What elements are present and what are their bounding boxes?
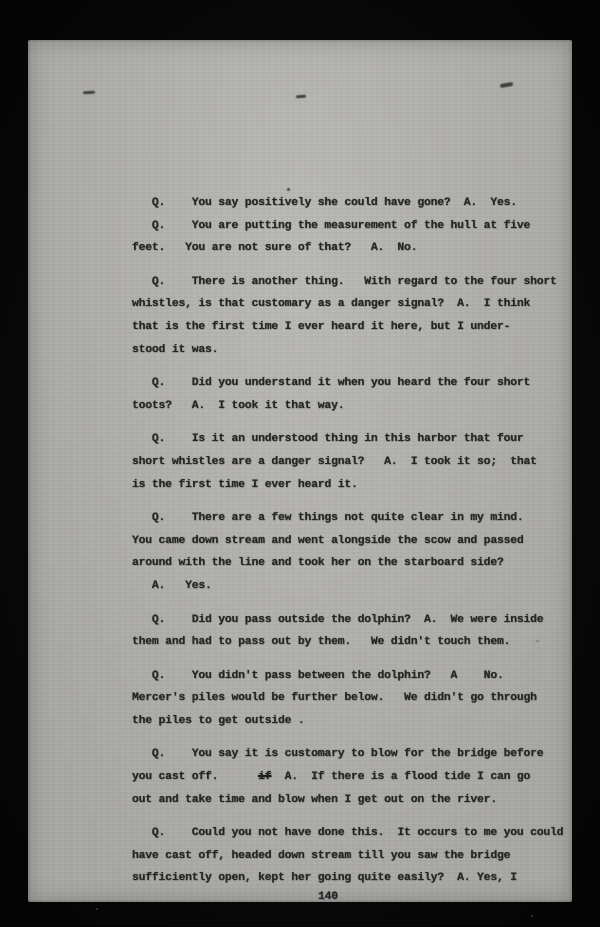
smudge-mark-icon bbox=[83, 91, 95, 95]
qa-block-5: Q. There are a few things not quite clea… bbox=[132, 507, 592, 597]
transcript-line: Q. Did you pass outside the dolphin? A. … bbox=[132, 609, 592, 632]
ink-speck-icon bbox=[536, 640, 539, 642]
qa-block-8: Q. You say it is customary to blow for t… bbox=[132, 743, 592, 811]
transcript-line: Q. You didn't pass between the dolphin? … bbox=[132, 665, 592, 688]
struck-out-word: if bbox=[258, 771, 271, 783]
transcript-line: have cast off, headed down stream till y… bbox=[132, 845, 592, 868]
transcript-line: Q. There are a few things not quite clea… bbox=[132, 507, 592, 530]
transcript-line: stood it was. bbox=[132, 339, 592, 362]
transcript-line: them and had to pass out by them. We did… bbox=[132, 631, 592, 654]
transcript-line: short whistles are a danger signal? A. I… bbox=[132, 451, 592, 474]
transcript-line: whistles, is that customary as a danger … bbox=[132, 293, 592, 316]
dust-speck-icon bbox=[531, 915, 533, 917]
transcript-line: the piles to get outside . bbox=[132, 710, 592, 733]
transcript-line: Q. You say it is customary to blow for t… bbox=[132, 743, 592, 766]
dust-speck-icon bbox=[96, 908, 98, 910]
transcript-line-with-strikeout: you cast off. if A. If there is a flood … bbox=[132, 766, 592, 789]
qa-block-3: Q. Did you understand it when you heard … bbox=[132, 372, 592, 417]
transcript-text: Q. You say positively she could have gon… bbox=[132, 192, 592, 909]
transcript-line: Q. Did you understand it when you heard … bbox=[132, 372, 592, 395]
transcript-line: around with the line and took her on the… bbox=[132, 552, 592, 575]
transcript-line: Mercer's piles would be further below. W… bbox=[132, 687, 592, 710]
transcript-line: A. Yes. bbox=[132, 575, 592, 598]
transcript-line: You came down stream and went alongside … bbox=[132, 530, 592, 553]
transcript-line: Q. You say positively she could have gon… bbox=[132, 192, 592, 215]
qa-block-9: Q. Could you not have done this. It occu… bbox=[132, 822, 592, 890]
line-segment: you cast off. bbox=[132, 771, 258, 783]
scan-border: Q. You say positively she could have gon… bbox=[0, 0, 600, 927]
qa-block-1: Q. You say positively she could have gon… bbox=[132, 192, 592, 260]
qa-block-6: Q. Did you pass outside the dolphin? A. … bbox=[132, 609, 592, 654]
transcript-line: Q. Could you not have done this. It occu… bbox=[132, 822, 592, 845]
transcript-line: feet. You are not sure of that? A. No. bbox=[132, 237, 592, 260]
transcript-line: Q. You are putting the measurement of th… bbox=[132, 215, 592, 238]
qa-block-7: Q. You didn't pass between the dolphin? … bbox=[132, 665, 592, 733]
ink-speck-icon bbox=[287, 188, 290, 191]
document-page: Q. You say positively she could have gon… bbox=[28, 40, 572, 902]
line-segment: A. If there is a flood tide I can go bbox=[271, 771, 530, 783]
transcript-line: Q. Is it an understood thing in this har… bbox=[132, 428, 592, 451]
qa-block-4: Q. Is it an understood thing in this har… bbox=[132, 428, 592, 496]
transcript-line: that is the first time I ever heard it h… bbox=[132, 316, 592, 339]
transcript-line: Q. There is another thing. With regard t… bbox=[132, 271, 592, 294]
qa-block-2: Q. There is another thing. With regard t… bbox=[132, 271, 592, 361]
transcript-line: is the first time I ever heard it. bbox=[132, 474, 592, 497]
transcript-line: toots? A. I took it that way. bbox=[132, 395, 592, 418]
transcript-line: out and take time and blow when I get ou… bbox=[132, 789, 592, 812]
